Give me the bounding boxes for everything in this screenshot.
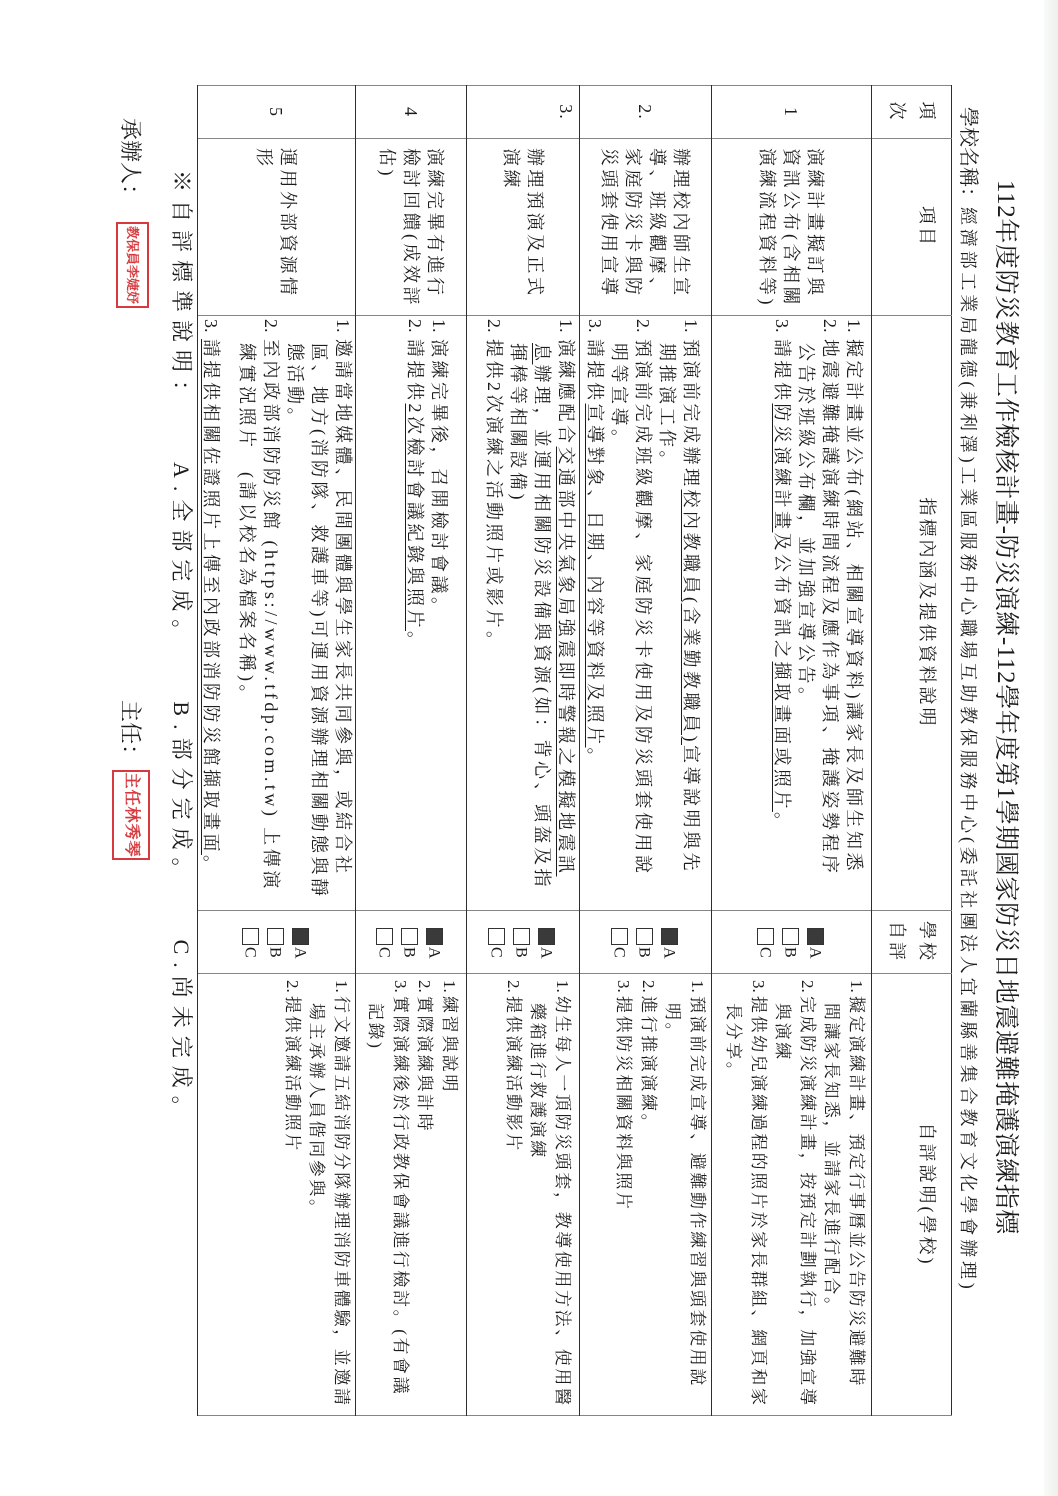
self-eval-description-cell: 1.幼生每人一頂防災頭套，教導使用方法、使用醫 藥箱進行救護演練 2.提供演練活… bbox=[467, 974, 580, 1416]
indicator-item: 1.擬定計畫並公布(網站、相關宣導資料)讓家長及師生知悉 bbox=[842, 319, 866, 906]
self-eval-option-a[interactable]: A bbox=[658, 928, 683, 973]
indicator-item: 3.請提供宣導對象、日期、內容等資料及照片。 bbox=[583, 319, 607, 906]
description-number: 2. bbox=[412, 980, 437, 996]
indicator-text: 提供2次演練之活動照片或影片。 bbox=[484, 339, 504, 653]
self-eval-cell: A B C bbox=[356, 911, 467, 974]
indicator-number: 3. bbox=[583, 319, 607, 339]
option-label: A bbox=[426, 947, 443, 959]
indicator-item: 2.至內政部消防防災館 (https://www.tfdp.com.tw) 上傳… bbox=[235, 319, 283, 906]
description-text: 進行推演演練。 bbox=[639, 996, 658, 1133]
checkbox-icon[interactable] bbox=[513, 928, 530, 945]
description-item: 1.幼生每人一頂防災頭套，教導使用方法、使用醫 藥箱進行救護演練 bbox=[525, 980, 574, 1411]
self-eval-cell: A B C bbox=[712, 911, 872, 974]
table-row: 3. 辦理預演及正式演練 1.演練應配合交通部中央氣象局強震即時警報之模擬地震訊… bbox=[467, 86, 580, 1416]
legend-item-c: C.尚未完成。 bbox=[167, 940, 195, 1126]
checkbox-icon[interactable] bbox=[376, 928, 393, 945]
indicator-text: 預演前完成辦理校內教職員(含業勤教職員)宣導說明與先 期推演工作。 bbox=[657, 339, 701, 874]
description-number: 2. bbox=[636, 980, 661, 996]
option-label: C bbox=[376, 947, 393, 958]
self-eval-option-b[interactable]: B bbox=[633, 928, 658, 973]
self-eval-option-b[interactable]: B bbox=[264, 928, 289, 973]
indicator-number: 1. bbox=[427, 319, 451, 339]
option-label: B bbox=[401, 947, 418, 958]
self-eval-option-c[interactable]: C bbox=[608, 928, 633, 973]
option-label: A bbox=[292, 947, 309, 959]
description-number: 1. bbox=[437, 980, 462, 996]
option-label: C bbox=[488, 947, 505, 958]
header-indicators: 指標內涵及提供資料說明 bbox=[872, 316, 952, 911]
option-label: A bbox=[538, 947, 555, 959]
description-item: 1.預演前完成宣導、避難動作練習與頭套使用說 明。 bbox=[660, 980, 709, 1411]
description-text: 提供演練活動照片 bbox=[283, 996, 302, 1153]
table-row: 5 運用外部資源情形 1.邀請當地媒體、民間團體與學生家長共同參與，或結合社 區… bbox=[198, 86, 356, 1416]
indicator-text: 預演前完成班級觀摩、家庭防災卡使用及防災頭套使用說 明等宣導。 bbox=[609, 339, 653, 877]
indicator-cell: 1.演練完畢後，召開檢討會議。 2.請提供2次檢討會議紀錄與照片。 bbox=[356, 316, 467, 911]
indicator-text: 請提供防災演練計畫及公布資訊之擷取畫面或照片。 bbox=[772, 339, 792, 834]
option-label: B bbox=[636, 947, 653, 958]
description-text: 行文邀請五結消防分隊辦理消防車體驗，並邀請 場主承辦人員偕同參與。 bbox=[308, 996, 352, 1408]
option-label: B bbox=[513, 947, 530, 958]
description-item: 2.完成防災演練計畫，按預定計劃執行，加強宣導 與演練 bbox=[770, 980, 819, 1411]
checkbox-icon[interactable] bbox=[488, 928, 505, 945]
description-number: 3. bbox=[746, 980, 771, 996]
description-number: 1. bbox=[550, 980, 575, 996]
indicator-item: 3.請提供防災演練計畫及公布資訊之擷取畫面或照片。 bbox=[770, 319, 794, 906]
self-eval-description-cell: 1.擬定演練計畫、預定行事曆並公告防災避難時 間讓家長知悉，並請家長進行配合。 … bbox=[712, 974, 872, 1416]
self-eval-option-a[interactable]: A bbox=[289, 928, 314, 973]
indicator-item: 2.請提供2次檢討會議紀錄與照片。 bbox=[403, 319, 427, 906]
item-title: 演練計畫擬訂與資訊公布(含相關演練流程資料等) bbox=[712, 139, 872, 316]
self-eval-option-c[interactable]: C bbox=[754, 928, 779, 973]
option-label: C bbox=[757, 947, 774, 958]
self-eval-option-c[interactable]: C bbox=[374, 928, 399, 973]
option-label: C bbox=[242, 947, 259, 958]
checkbox-icon[interactable] bbox=[426, 928, 443, 945]
checkbox-icon[interactable] bbox=[782, 928, 799, 945]
checkbox-icon[interactable] bbox=[292, 928, 309, 945]
indicator-item: 2.提供2次演練之活動照片或影片。 bbox=[482, 319, 506, 906]
indicator-number: 2. bbox=[818, 319, 842, 339]
indicator-text: 請提供相關佐證照片上傳至內政部消防防災館擷取畫面。 bbox=[201, 339, 221, 877]
indicator-text: 請提供2次檢討會議紀錄與照片。 bbox=[405, 339, 425, 653]
description-number: 1. bbox=[685, 980, 710, 996]
description-item: 2.提供演練活動照片 bbox=[280, 980, 305, 1411]
legend-item-b: B.部分完成。 bbox=[167, 701, 195, 887]
self-eval-option-a[interactable]: A bbox=[536, 928, 561, 973]
self-eval-cell: A B C bbox=[198, 911, 356, 974]
indicator-number: 2. bbox=[482, 319, 506, 339]
table-row: 2. 辦理校內師生宣導、班級觀摩、家庭防災卡與防災頭套使用宣導 1.預演前完成辦… bbox=[580, 86, 712, 1416]
indicator-number: 2. bbox=[631, 319, 655, 339]
self-eval-option-a[interactable]: A bbox=[804, 928, 829, 973]
option-label: A bbox=[807, 947, 824, 959]
description-number: 1. bbox=[844, 980, 869, 996]
checkbox-icon[interactable] bbox=[661, 928, 678, 945]
item-title: 演練完畢有進行檢討回饋(成效評估) bbox=[356, 139, 467, 316]
item-title: 運用外部資源情形 bbox=[198, 139, 356, 316]
description-item: 2.進行推演演練。 bbox=[636, 980, 661, 1411]
self-eval-option-c[interactable]: C bbox=[239, 928, 264, 973]
table-row: 4 演練完畢有進行檢討回饋(成效評估) 1.演練完畢後，召開檢討會議。 2.請提… bbox=[356, 86, 467, 1416]
indicator-table: 項次 項目 指標內涵及提供資料說明 學校自評 自評說明(學校) 1 演練計畫擬訂… bbox=[197, 85, 952, 1416]
description-item: 3.實際演練後於行政教保會議進行檢討。(有會議 記錄) bbox=[363, 980, 412, 1411]
indicator-number: 1. bbox=[842, 319, 866, 339]
description-text: 提供防災相關資料與照片 bbox=[615, 996, 634, 1212]
document-page: 112年度防災教育工作檢核計畫-防災演練-112學年度第1學期國家防災日地震避難… bbox=[0, 0, 1058, 1496]
undertaker-stamp: 教保員李婕妤 bbox=[116, 222, 149, 308]
indicator-cell: 1.擬定計畫並公布(網站、相關宣導資料)讓家長及師生知悉 2.地震避難掩護演練時… bbox=[712, 316, 872, 911]
self-eval-cell: A B C bbox=[467, 911, 580, 974]
description-item: 1.行文邀請五結消防分隊辦理消防車體驗，並邀請 場主承辦人員偕同參與。 bbox=[304, 980, 353, 1411]
item-number: 5 bbox=[198, 86, 356, 139]
item-number: 4 bbox=[356, 86, 467, 139]
indicator-item: 2.預演前完成班級觀摩、家庭防災卡使用及防災頭套使用說 明等宣導。 bbox=[607, 319, 655, 906]
indicator-item: 1.邀請當地媒體、民間團體與學生家長共同參與，或結合社 區、地方(消防隊、救護車… bbox=[283, 319, 355, 906]
description-item: 1.練習與說明 bbox=[437, 980, 462, 1411]
self-eval-description-cell: 1.預演前完成宣導、避難動作練習與頭套使用說 明。 2.進行推演演練。 3.提供… bbox=[580, 974, 712, 1416]
description-text: 練習與說明 bbox=[440, 996, 459, 1094]
description-number: 3. bbox=[388, 980, 413, 996]
self-eval-option-b[interactable]: B bbox=[779, 928, 804, 973]
table-header-row: 項次 項目 指標內涵及提供資料說明 學校自評 自評說明(學校) bbox=[872, 86, 952, 1416]
indicator-item: 1.演練完畢後，召開檢討會議。 bbox=[427, 319, 451, 906]
checkbox-icon[interactable] bbox=[267, 928, 284, 945]
scan-edge bbox=[1044, 0, 1058, 1496]
indicator-number: 3. bbox=[770, 319, 794, 339]
description-item: 3.提供防災相關資料與照片 bbox=[611, 980, 636, 1411]
description-text: 實際演練後於行政教保會議進行檢討。(有會議 記錄) bbox=[367, 996, 411, 1396]
undertaker-label: 承辦人： bbox=[115, 118, 145, 206]
indicator-cell: 1.預演前完成辦理校內教職員(含業勤教職員)宣導說明與先 期推演工作。 2.預演… bbox=[580, 316, 712, 911]
indicator-text: 擬定計畫並公布(網站、相關宣導資料)讓家長及師生知悉 bbox=[844, 339, 864, 874]
item-number: 3. bbox=[467, 86, 580, 139]
header-self-eval-description: 自評說明(學校) bbox=[872, 974, 952, 1416]
description-number: 2. bbox=[795, 980, 820, 996]
indicator-number: 1. bbox=[679, 319, 703, 339]
description-item: 1.擬定演練計畫、預定行事曆並公告防災避難時 間讓家長知悉，並請家長進行配合。 bbox=[819, 980, 868, 1411]
indicator-number: 3. bbox=[199, 319, 223, 339]
school-name: 經濟部工業局龍德(兼利澤)工業區服務中心職場互助教保服務中心(委託社團法人宜蘭縣… bbox=[958, 207, 978, 1293]
indicator-number: 1. bbox=[554, 319, 578, 339]
legend-label: ※自評標準說明： bbox=[167, 170, 195, 410]
indicator-item: 1.預演前完成辦理校內教職員(含業勤教職員)宣導說明與先 期推演工作。 bbox=[655, 319, 703, 906]
self-eval-option-b[interactable]: B bbox=[511, 928, 536, 973]
description-item: 2.提供演練活動影片 bbox=[501, 980, 526, 1411]
self-eval-option-c[interactable]: C bbox=[486, 928, 511, 973]
description-number: 2. bbox=[280, 980, 305, 996]
self-eval-cell: A B C bbox=[580, 911, 712, 974]
item-number: 1 bbox=[712, 86, 872, 139]
header-self-eval: 學校自評 bbox=[872, 911, 952, 974]
indicator-text: 請提供宣導對象、日期、內容等資料及照片。 bbox=[585, 339, 605, 769]
self-eval-legend: ※自評標準說明：A.全部完成。B.部分完成。C.尚未完成。 bbox=[167, 170, 195, 1126]
item-number: 2. bbox=[580, 86, 712, 139]
description-text: 提供幼兒演練過程的照片於家長群組、網頁和家 長分享。 bbox=[725, 996, 769, 1408]
checkbox-icon[interactable] bbox=[636, 928, 653, 945]
checkbox-icon[interactable] bbox=[401, 928, 418, 945]
description-item: 2.實際演練與計時 bbox=[412, 980, 437, 1411]
option-label: B bbox=[782, 947, 799, 958]
description-text: 提供演練活動影片 bbox=[504, 996, 523, 1153]
table-row: 1 演練計畫擬訂與資訊公布(含相關演練流程資料等) 1.擬定計畫並公布(網站、相… bbox=[712, 86, 872, 1416]
indicator-cell: 1.邀請當地媒體、民間團體與學生家長共同參與，或結合社 區、地方(消防隊、救護車… bbox=[198, 316, 356, 911]
option-label: A bbox=[661, 947, 678, 959]
description-item: 3.提供幼兒演練過程的照片於家長群組、網頁和家 長分享。 bbox=[721, 980, 770, 1411]
legend-item-a: A.全部完成。 bbox=[167, 462, 195, 649]
description-number: 2. bbox=[501, 980, 526, 996]
indicator-text: 演練完畢後，召開檢討會議。 bbox=[429, 339, 449, 619]
checkbox-icon[interactable] bbox=[611, 928, 628, 945]
indicator-item: 2.地震避難掩護演練時間流程及應作為事項、掩護姿勢程序 公告於班級公布欄，並加強… bbox=[794, 319, 842, 906]
indicator-item: 3.請提供相關佐證照片上傳至內政部消防防災館擷取畫面。 bbox=[199, 319, 223, 906]
indicator-text: 演練應配合交通部中央氣象局強震即時警報之模擬地震訊 息辦理，並運用相關防災設備與… bbox=[508, 339, 576, 890]
description-number: 3. bbox=[611, 980, 636, 996]
description-text: 幼生每人一頂防災頭套，教導使用方法、使用醫 藥箱進行救護演練 bbox=[529, 996, 573, 1408]
item-title: 辦理校內師生宣導、班級觀摩、家庭防災卡與防災頭套使用宣導 bbox=[580, 139, 712, 316]
description-text: 擬定演練計畫、預定行事曆並公告防災避難時 間讓家長知悉，並請家長進行配合。 bbox=[823, 996, 867, 1388]
indicator-number: 2. bbox=[403, 319, 427, 339]
self-eval-description-cell: 1.行文邀請五結消防分隊辦理消防車體驗，並邀請 場主承辦人員偕同參與。 2.提供… bbox=[198, 974, 356, 1416]
description-text: 完成防災演練計畫，按預定計劃執行，加強宣導 與演練 bbox=[774, 996, 818, 1408]
indicator-text: 至內政部消防防災館 (https://www.tfdp.com.tw) 上傳演 … bbox=[237, 339, 281, 892]
school-name-line: 學校名稱：經濟部工業局龍德(兼利澤)工業區服務中心職場互助教保服務中心(委託社團… bbox=[954, 107, 980, 1293]
document-title: 112年度防災教育工作檢核計畫-防災演練-112學年度第1學期國家防災日地震避難… bbox=[990, 180, 1020, 1235]
indicator-number: 1. bbox=[331, 319, 355, 339]
self-eval-option-a[interactable]: A bbox=[424, 928, 449, 973]
description-text: 實際演練與計時 bbox=[416, 996, 435, 1133]
checkbox-icon[interactable] bbox=[757, 928, 774, 945]
self-eval-option-b[interactable]: B bbox=[399, 928, 424, 973]
director-label: 主任： bbox=[115, 700, 145, 766]
description-text: 預演前完成宣導、避難動作練習與頭套使用說 明。 bbox=[664, 996, 708, 1388]
school-name-label: 學校名稱： bbox=[957, 107, 979, 207]
description-number: 1. bbox=[329, 980, 354, 996]
self-eval-description-cell: 1.練習與說明 2.實際演練與計時 3.實際演練後於行政教保會議進行檢討。(有會… bbox=[356, 974, 467, 1416]
indicator-cell: 1.演練應配合交通部中央氣象局強震即時警報之模擬地震訊 息辦理，並運用相關防災設… bbox=[467, 316, 580, 911]
indicator-number: 2. bbox=[259, 319, 283, 339]
checkbox-icon[interactable] bbox=[807, 928, 824, 945]
director-stamp: 主任林秀琴 bbox=[112, 770, 150, 860]
item-title: 辦理預演及正式演練 bbox=[467, 139, 580, 316]
indicator-text: 邀請當地媒體、民間團體與學生家長共同參與，或結合社 區、地方(消防隊、救護車等)… bbox=[285, 339, 353, 900]
option-label: B bbox=[267, 947, 284, 958]
header-item-number: 項次 bbox=[872, 86, 952, 139]
checkbox-icon[interactable] bbox=[242, 928, 259, 945]
indicator-text: 地震避難掩護演練時間流程及應作為事項、掩護姿勢程序 公告於班級公布欄，並加強宣導… bbox=[796, 339, 840, 877]
header-item: 項目 bbox=[872, 139, 952, 316]
indicator-item: 1.演練應配合交通部中央氣象局強震即時警報之模擬地震訊 息辦理，並運用相關防災設… bbox=[506, 319, 578, 906]
option-label: C bbox=[611, 947, 628, 958]
checkbox-icon[interactable] bbox=[538, 928, 555, 945]
